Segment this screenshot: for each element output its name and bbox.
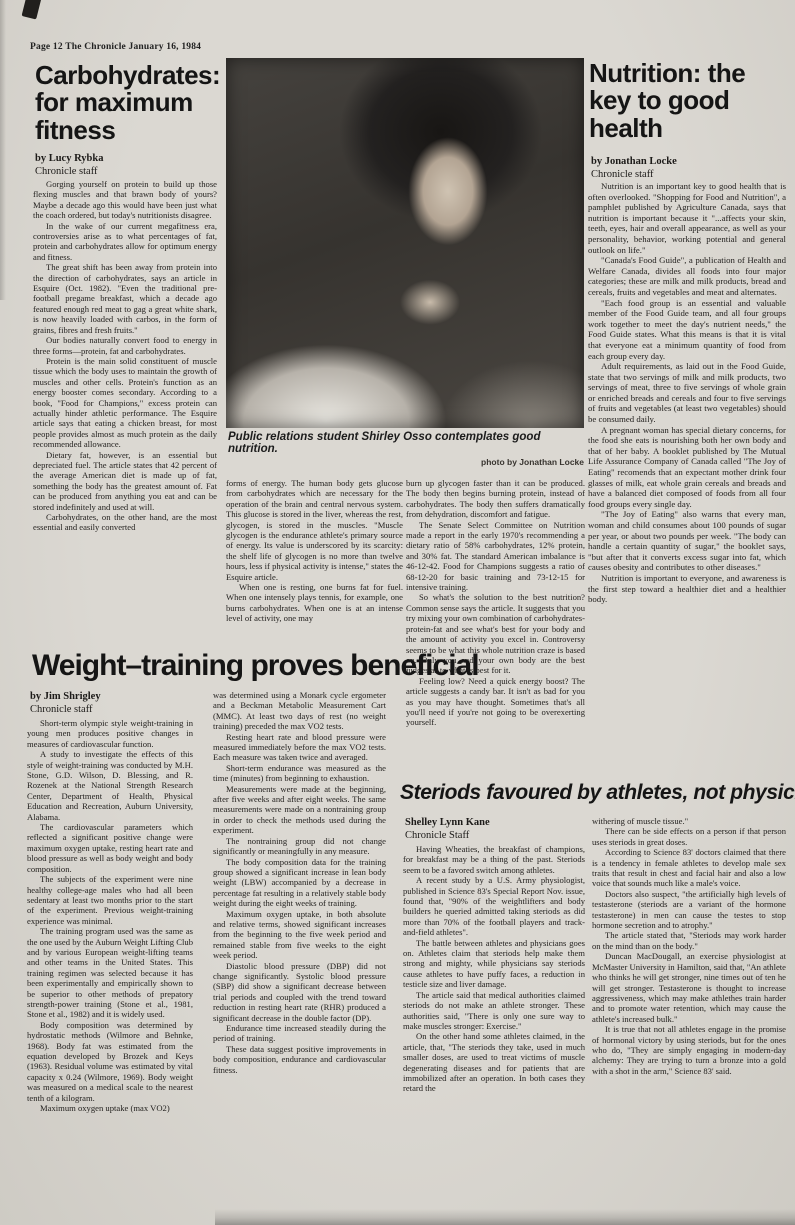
paragraph: When one is resting, one burns fat for f… bbox=[226, 582, 403, 624]
paragraph: "Canada's Food Guide", a publication of … bbox=[588, 255, 786, 297]
byline-author: by Jonathan Locke bbox=[591, 155, 677, 168]
scan-bottom-shadow bbox=[215, 1209, 795, 1225]
paragraph: Protein is the main solid constituent of… bbox=[33, 356, 217, 450]
steroids-byline: Shelley Lynn Kane Chronicle Staff bbox=[405, 816, 490, 842]
paragraph: Adult requirements, as laid out in the F… bbox=[588, 361, 786, 425]
paragraph: forms of energy. The human body gets glu… bbox=[226, 478, 403, 582]
paragraph: The great shift has been away from prote… bbox=[33, 262, 217, 335]
paragraph: Maximum oxygen uptake (max VO2) bbox=[27, 1103, 193, 1113]
paragraph: Feeling low? Need a quick energy boost? … bbox=[406, 676, 585, 728]
byline-author: by Jim Shrigley bbox=[30, 690, 101, 703]
paragraph: Body composition was determined by hydro… bbox=[27, 1020, 193, 1103]
photo-credit: photo by Jonathan Locke bbox=[228, 457, 584, 467]
paragraph: "The Joy of Eating" also warns that ever… bbox=[588, 509, 786, 573]
paragraph: A pregnant woman has special dietary con… bbox=[588, 425, 786, 510]
paragraph: Measurements were made at the beginning,… bbox=[213, 784, 386, 836]
paragraph: Short-term olympic style weight-training… bbox=[27, 718, 193, 749]
paragraph: The battle between athletes and physicia… bbox=[403, 938, 585, 990]
article-photo bbox=[226, 58, 584, 428]
paragraph: Endurance time increased steadily during… bbox=[213, 1023, 386, 1044]
paragraph: Diastolic blood pressure (DBP) did not c… bbox=[213, 961, 386, 1023]
paragraph: Doctors also suspect, "the artificially … bbox=[592, 889, 786, 931]
byline-staff: Chronicle staff bbox=[30, 703, 101, 716]
carbohydrates-byline: by Lucy Rybka Chronicle staff bbox=[35, 152, 104, 178]
nutrition-column-1: Nutrition is an important key to good he… bbox=[588, 181, 786, 773]
paragraph: The body composition data for the traini… bbox=[213, 857, 386, 909]
weight-training-column-1: Short-term olympic style weight-training… bbox=[27, 718, 193, 1196]
carbohydrates-column-2: forms of energy. The human body gets glu… bbox=[226, 478, 403, 654]
scan-artifact bbox=[22, 0, 42, 19]
paragraph: The cardiovascular parameters which refl… bbox=[27, 822, 193, 874]
paragraph: A study to investigate the effects of th… bbox=[27, 749, 193, 822]
byline-staff: Chronicle staff bbox=[591, 168, 677, 181]
paragraph: Duncan MacDougall, an exercise physiolog… bbox=[592, 951, 786, 1024]
paragraph: These data suggest positive improvements… bbox=[213, 1044, 386, 1075]
paragraph: Dietary fat, however, is an essential bu… bbox=[33, 450, 217, 512]
steroids-column-1: Having Wheaties, the breakfast of champi… bbox=[403, 844, 585, 1174]
paragraph: Our bodies naturally convert food to ene… bbox=[33, 335, 217, 356]
nutrition-byline: by Jonathan Locke Chronicle staff bbox=[591, 155, 677, 181]
paragraph: A recent study by a U.S. Army physiologi… bbox=[403, 875, 585, 937]
page-header: Page 12 The Chronicle January 16, 1984 bbox=[30, 42, 201, 52]
paragraph: burn up glycogen faster than it can be p… bbox=[406, 478, 585, 520]
paragraph: The Senate Select Committee on Nutrition… bbox=[406, 520, 585, 593]
paragraph: The subjects of the experiment were nine… bbox=[27, 874, 193, 926]
paragraph: In the wake of our current megafitness e… bbox=[33, 221, 217, 263]
photo-caption-block: Public relations student Shirley Osso co… bbox=[228, 431, 584, 467]
weight-training-headline: Weight–training proves beneficial bbox=[32, 650, 588, 682]
paragraph: There can be side effects on a person if… bbox=[592, 826, 786, 847]
paragraph: Maximum oxygen uptake, in both absolute … bbox=[213, 909, 386, 961]
paragraph: The nontraining group did not change sig… bbox=[213, 836, 386, 857]
paragraph: On the other hand some athletes claimed,… bbox=[403, 1031, 585, 1093]
paragraph: Nutrition is important to everyone, and … bbox=[588, 573, 786, 605]
paragraph: The article stated that, "Steriods may w… bbox=[592, 930, 786, 951]
paragraph: According to Science 83' doctors claimed… bbox=[592, 847, 786, 889]
weight-training-column-2: was determined using a Monark cycle ergo… bbox=[213, 690, 386, 1142]
nutrition-headline: Nutrition: the key to good health bbox=[589, 60, 789, 142]
carbohydrates-headline: Carbohydrates: for maximum fitness bbox=[35, 62, 230, 144]
paragraph: It is true that not all athletes engage … bbox=[592, 1024, 786, 1076]
paragraph: Short-term endurance was measured as the… bbox=[213, 763, 386, 784]
steroids-headline: Steriods favoured by athletes, not physi… bbox=[400, 782, 788, 804]
paragraph: was determined using a Monark cycle ergo… bbox=[213, 690, 386, 732]
byline-author: Shelley Lynn Kane bbox=[405, 816, 490, 829]
paragraph: The article said that medical authoritie… bbox=[403, 990, 585, 1032]
newspaper-page: Page 12 The Chronicle January 16, 1984 C… bbox=[0, 0, 795, 1225]
paragraph: The training program used was the same a… bbox=[27, 926, 193, 1020]
byline-author: by Lucy Rybka bbox=[35, 152, 104, 165]
carbohydrates-column-1: Gorging yourself on protein to build up … bbox=[33, 179, 217, 653]
weight-training-byline: by Jim Shrigley Chronicle staff bbox=[30, 690, 101, 716]
paragraph: Nutrition is an important key to good he… bbox=[588, 181, 786, 255]
paragraph: withering of muscle tissue." bbox=[592, 816, 786, 826]
paragraph: "Each food group is an essential and val… bbox=[588, 298, 786, 362]
paragraph: Carbohydrates, on the other hand, are th… bbox=[33, 512, 217, 533]
photo-caption: Public relations student Shirley Osso co… bbox=[228, 431, 584, 455]
paragraph: Resting heart rate and blood pressure we… bbox=[213, 732, 386, 763]
scan-edge-shadow bbox=[0, 0, 6, 300]
paragraph: Gorging yourself on protein to build up … bbox=[33, 179, 217, 221]
byline-staff: Chronicle Staff bbox=[405, 829, 490, 842]
steroids-column-2: withering of muscle tissue."There can be… bbox=[592, 816, 786, 1168]
carbohydrates-column-3: burn up glycogen faster than it can be p… bbox=[406, 478, 585, 812]
paragraph: Having Wheaties, the breakfast of champi… bbox=[403, 844, 585, 875]
byline-staff: Chronicle staff bbox=[35, 165, 104, 178]
